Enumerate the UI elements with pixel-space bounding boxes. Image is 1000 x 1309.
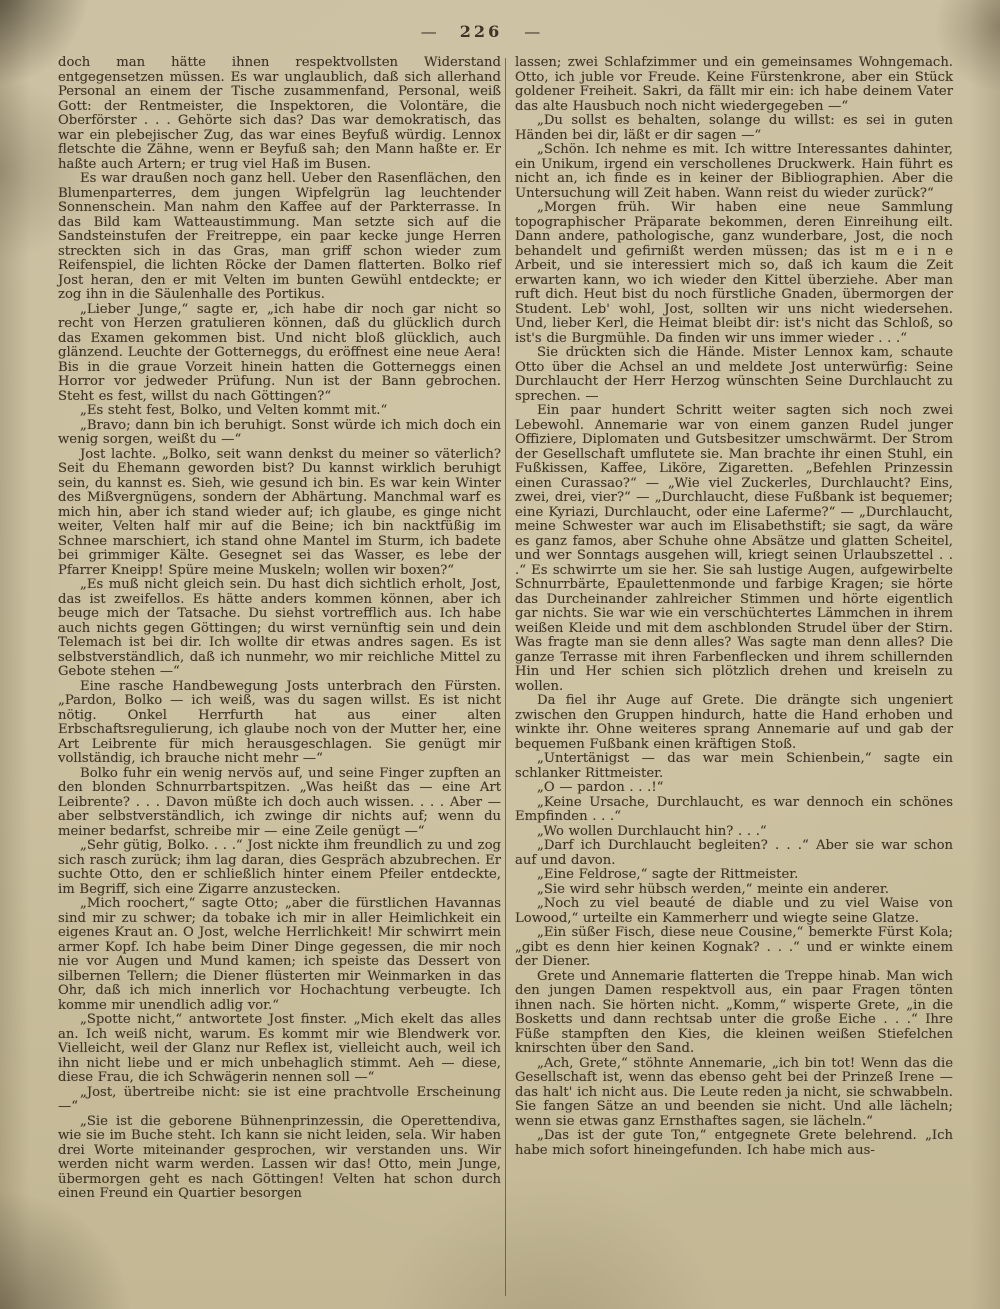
paragraph: „Spotte nicht,“ antwortete Jost finster.…: [58, 1013, 501, 1086]
paragraph: „Eine Feldrose,“ sagte der Rittmeister.: [515, 868, 953, 883]
paragraph: „Noch zu viel beauté de diable und zu vi…: [515, 897, 953, 926]
paragraph: „Wo wollen Durchlaucht hin? . . .“: [515, 825, 953, 840]
paragraph: Eine rasche Handbewegung Josts unterbrac…: [58, 680, 501, 767]
paragraph: „Untertänigst — das war mein Schienbein,…: [515, 752, 953, 781]
paragraph: doch man hätte ihnen respektvollsten Wid…: [58, 56, 501, 172]
page-header: —226—: [0, 22, 962, 41]
paragraph: „Darf ich Durchlaucht begleiten? . . .“ …: [515, 839, 953, 868]
paragraph: „Sehr gütig, Bolko. . . .“ Jost nickte i…: [58, 839, 501, 897]
paragraph: Es war draußen noch ganz hell. Ueber den…: [58, 172, 501, 303]
paragraph: „Lieber Junge,“ sagte er, „ich habe dir …: [58, 303, 501, 405]
paragraph: „Du sollst es behalten, solange du wills…: [515, 114, 953, 143]
paragraph: „Keine Ursache, Durchlaucht, es war denn…: [515, 796, 953, 825]
paragraph: Jost lachte. „Bolko, seit wann denkst du…: [58, 448, 501, 579]
paragraph: Da fiel ihr Auge auf Grete. Die drängte …: [515, 694, 953, 752]
paragraph: „Sie wird sehr hübsch werden,“ meinte ei…: [515, 883, 953, 898]
paragraph: Ein paar hundert Schritt weiter sagten s…: [515, 404, 953, 694]
text-column-left: doch man hätte ihnen respektvollsten Wid…: [58, 56, 505, 1296]
paragraph: Sie drückten sich die Hände. Mister Lenn…: [515, 346, 953, 404]
paragraph: „Sie ist die geborene Bühnenprinzessin, …: [58, 1115, 501, 1202]
paragraph: Grete und Annemarie flatterten die Trepp…: [515, 970, 953, 1057]
paragraph: „Es muß nicht gleich sein. Du hast dich …: [58, 578, 501, 680]
page-number: 226: [460, 22, 502, 41]
paragraph: „Jost, übertreibe nicht: sie ist eine pr…: [58, 1086, 501, 1115]
text-column-right: lassen; zwei Schlafzimmer und ein gemein…: [506, 56, 953, 1296]
paragraph: „O — pardon . . .!“: [515, 781, 953, 796]
paragraph: „Es steht fest, Bolko, und Velten kommt …: [58, 404, 501, 419]
book-page-scan: —226— doch man hätte ihnen respektvollst…: [0, 0, 1000, 1309]
header-dash-left: —: [399, 22, 460, 41]
two-column-text-block: doch man hätte ihnen respektvollsten Wid…: [58, 56, 962, 1296]
paragraph: „Mich roochert,“ sagte Otto; „aber die f…: [58, 897, 501, 1013]
paragraph: „Ein süßer Fisch, diese neue Cousine,“ b…: [515, 926, 953, 970]
column-divider-rule: [505, 58, 506, 1296]
paragraph: lassen; zwei Schlafzimmer und ein gemein…: [515, 56, 953, 114]
paragraph: „Das ist der gute Ton,“ entgegnete Grete…: [515, 1129, 953, 1158]
paragraph: „Schön. Ich nehme es mit. Ich wittre Int…: [515, 143, 953, 201]
paragraph: „Bravo; dann bin ich beruhigt. Sonst wür…: [58, 419, 501, 448]
paragraph: „Morgen früh. Wir haben eine neue Sammlu…: [515, 201, 953, 346]
paragraph: Bolko fuhr ein wenig nervös auf, und sei…: [58, 767, 501, 840]
paragraph: „Ach, Grete,“ stöhnte Annemarie, „ich bi…: [515, 1057, 953, 1130]
header-dash-right: —: [502, 22, 563, 41]
